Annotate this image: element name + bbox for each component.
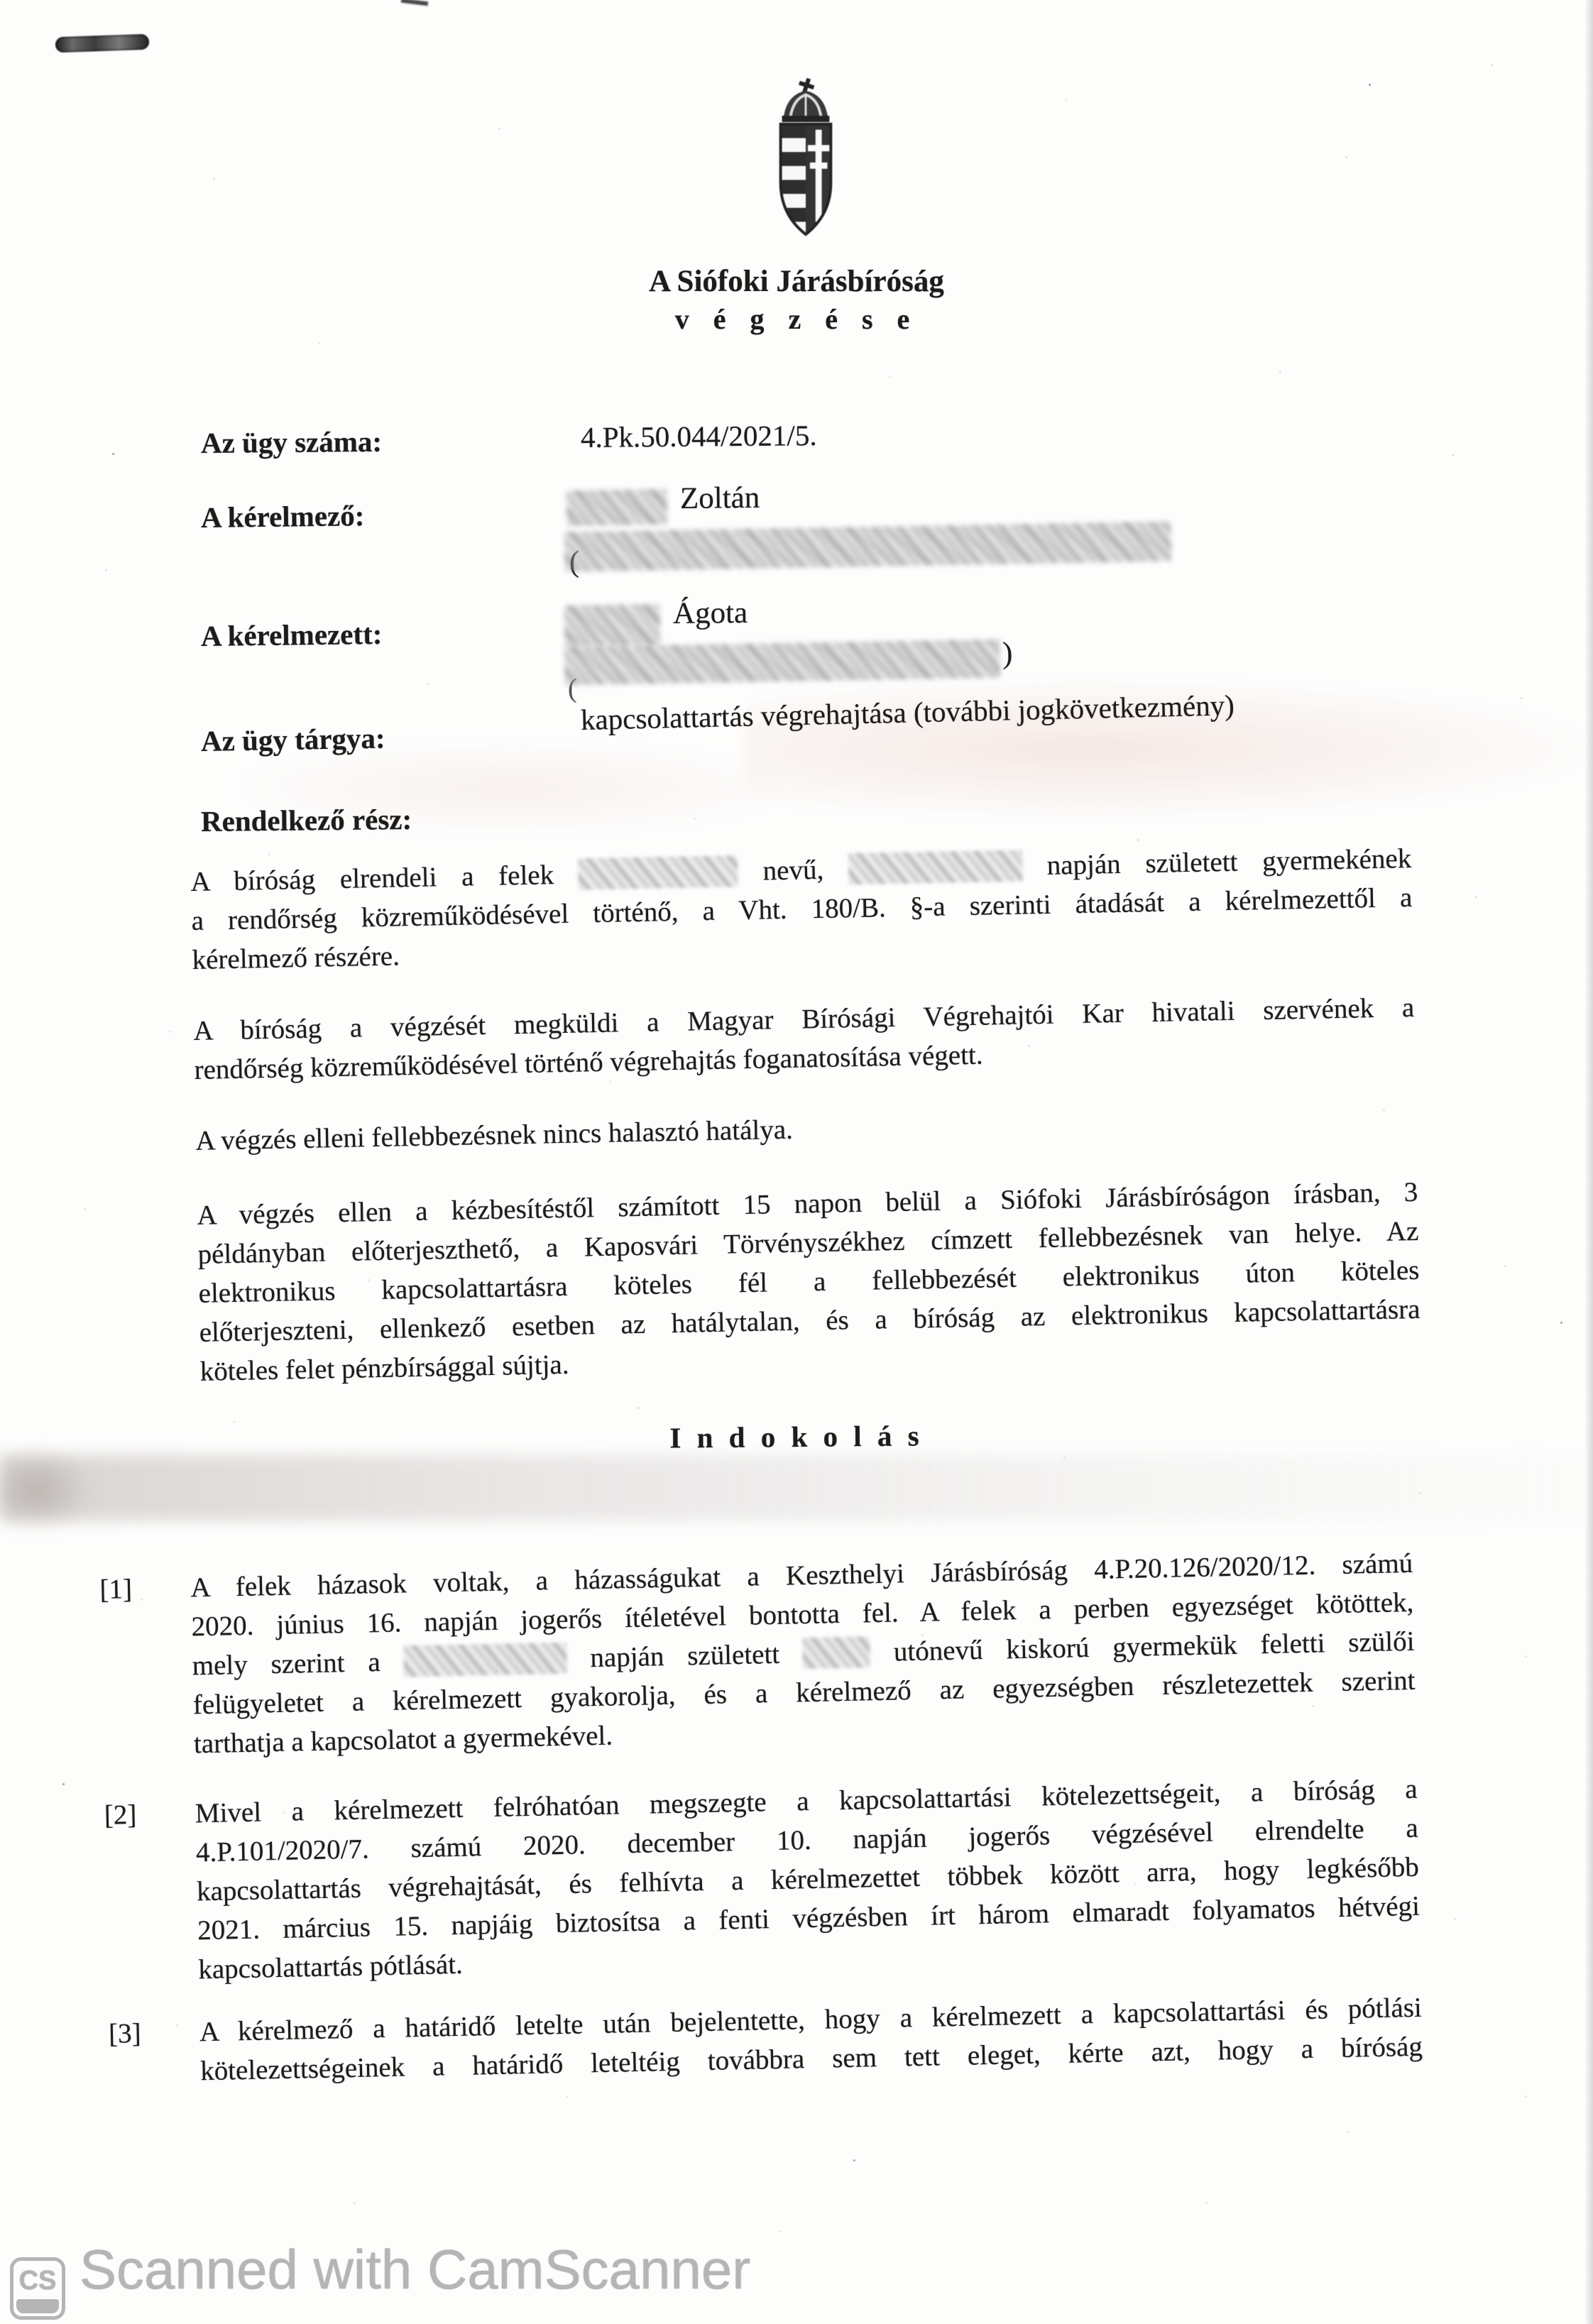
camscanner-text: Scanned with CamScanner [80, 2246, 750, 2302]
operative-paragraph: A bíróság elrendeli a felek nevű, napján… [190, 839, 1413, 980]
camscanner-watermark: CS Scanned with CamScanner [0, 2236, 1593, 2324]
paragraph-number: [1] [99, 1569, 133, 1609]
case-number-value: 4.Pk.50.044/2021/5. [581, 418, 817, 454]
respondent-address-redaction [564, 640, 1001, 686]
staple-scan-mark [55, 34, 150, 53]
redaction-mark [578, 855, 738, 889]
numbered-paragraph: [3] A kérelmező a határidő letelte után … [109, 1988, 1423, 2093]
reasoning-heading: I n d o k o l á s [0, 1413, 1593, 1461]
text-segment: napján született [590, 1639, 780, 1673]
paragraph-lines: A felek házasok voltak, a házasságukat a… [190, 1544, 1416, 1764]
camscanner-text-clip: Scanned with CamScanner [80, 2246, 750, 2320]
redaction-mark [803, 1636, 871, 1669]
paragraph-number: [3] [109, 2014, 142, 2054]
paragraph-line: A végzés elleni fellebbezésnek nincs hal… [195, 1098, 1417, 1161]
subject-value: kapcsolattartás végrehajtása (további jo… [580, 688, 1235, 737]
numbered-paragraph: [2] Mivel a kérelmezett felróhatóan megs… [104, 1770, 1420, 1991]
operative-part-heading: Rendelkező rész: [201, 802, 412, 838]
camscanner-icon-label: CS [13, 2267, 62, 2295]
subject-label: Az ügy tárgya: [201, 720, 385, 758]
document-type: v é g z é s e [0, 302, 1593, 336]
scan-gray-blob [0, 1451, 89, 1529]
paragraph-lines: Mivel a kérelmezett felróhatóan megszegt… [195, 1770, 1420, 1990]
scanned-court-order-page: A Siófoki Járásbíróság v é g z é s e Az … [0, 0, 1593, 2324]
respondent-close-paren: ) [1002, 636, 1013, 671]
redaction-mark [403, 1643, 567, 1677]
reasoning-body: [1] A felek házasok voltak, a házasságuk… [99, 1544, 1423, 2093]
paragraph-lines: A kérelmező a határidő letelte után beje… [199, 1988, 1423, 2091]
case-number-label: Az ügy száma: [201, 424, 382, 460]
applicant-label: A kérelmező: [201, 498, 365, 535]
camscanner-icon-bar [16, 2299, 59, 2313]
operative-paragraph: A végzés elleni fellebbezésnek nincs hal… [195, 1098, 1417, 1161]
redaction-mark [848, 850, 1023, 885]
text-segment: napján született gyermekének [1046, 843, 1411, 881]
numbered-paragraph: [1] A felek házasok voltak, a házasságuk… [99, 1544, 1416, 1765]
court-name: A Siófoki Járásbíróság [0, 264, 1593, 299]
applicant-address-redaction [564, 522, 1172, 572]
applicant-first-name: Zoltán [680, 481, 760, 516]
scan-right-edge-shadow [1584, 0, 1593, 2324]
camscanner-icon: CS [10, 2257, 65, 2320]
hungary-coat-of-arms-icon [764, 78, 848, 240]
operative-paragraph: A bíróság a végzését megküldi a Magyar B… [193, 988, 1416, 1090]
respondent-first-name: Ágota [673, 596, 748, 631]
operative-part-body: A bíróság elrendeli a felek nevű, napján… [190, 839, 1421, 1391]
applicant-name-redaction [566, 489, 668, 526]
scan-gray-band [0, 1455, 1593, 1520]
text-segment: mely szerint a [192, 1647, 381, 1681]
paragraph-number: [2] [104, 1795, 137, 1835]
text-segment: nevű, [762, 855, 823, 887]
scan-edge-artifact [401, 0, 428, 6]
operative-paragraph: A végzés ellen a kézbesítéstől számított… [197, 1173, 1421, 1391]
text-segment: A bíróság elrendeli a felek [190, 860, 554, 897]
text-segment: utónevű kiskorú gyermekük feletti szülői [893, 1626, 1414, 1667]
respondent-name-redaction [564, 604, 661, 647]
respondent-label: A kérelmezett: [201, 617, 383, 653]
